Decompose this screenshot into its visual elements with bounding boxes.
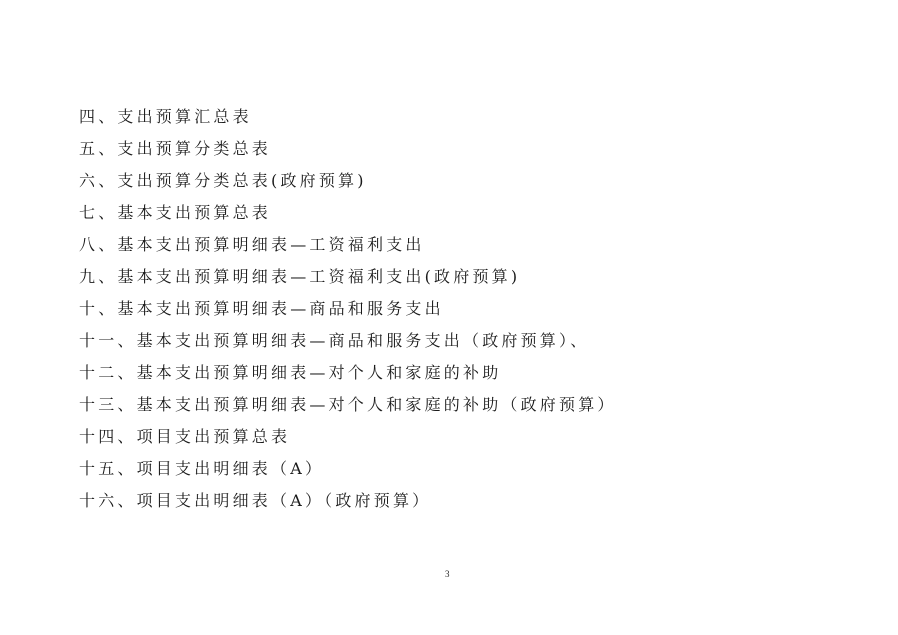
toc-item: 十五、项目支出明细表（A）: [79, 456, 617, 488]
toc-item: 四、支出预算汇总表: [79, 104, 617, 136]
toc-item: 十一、基本支出预算明细表—商品和服务支出（政府预算）、: [79, 328, 617, 360]
toc-item: 五、支出预算分类总表: [79, 136, 617, 168]
toc-item: 十三、基本支出预算明细表—对个人和家庭的补助（政府预算）: [79, 392, 617, 424]
toc-item: 六、支出预算分类总表(政府预算): [79, 168, 617, 200]
toc-item: 八、基本支出预算明细表—工资福利支出: [79, 232, 617, 264]
toc-item: 十六、项目支出明细表（A）（政府预算）: [79, 488, 617, 520]
toc-item: 十二、基本支出预算明细表—对个人和家庭的补助: [79, 360, 617, 392]
toc-item: 七、基本支出预算总表: [79, 200, 617, 232]
page-number: 3: [445, 569, 450, 579]
table-of-contents: 四、支出预算汇总表 五、支出预算分类总表 六、支出预算分类总表(政府预算) 七、…: [79, 104, 617, 520]
toc-item: 九、基本支出预算明细表—工资福利支出(政府预算): [79, 264, 617, 296]
toc-item: 十四、项目支出预算总表: [79, 424, 617, 456]
document-page: 四、支出预算汇总表 五、支出预算分类总表 六、支出预算分类总表(政府预算) 七、…: [0, 0, 898, 635]
toc-item: 十、基本支出预算明细表—商品和服务支出: [79, 296, 617, 328]
